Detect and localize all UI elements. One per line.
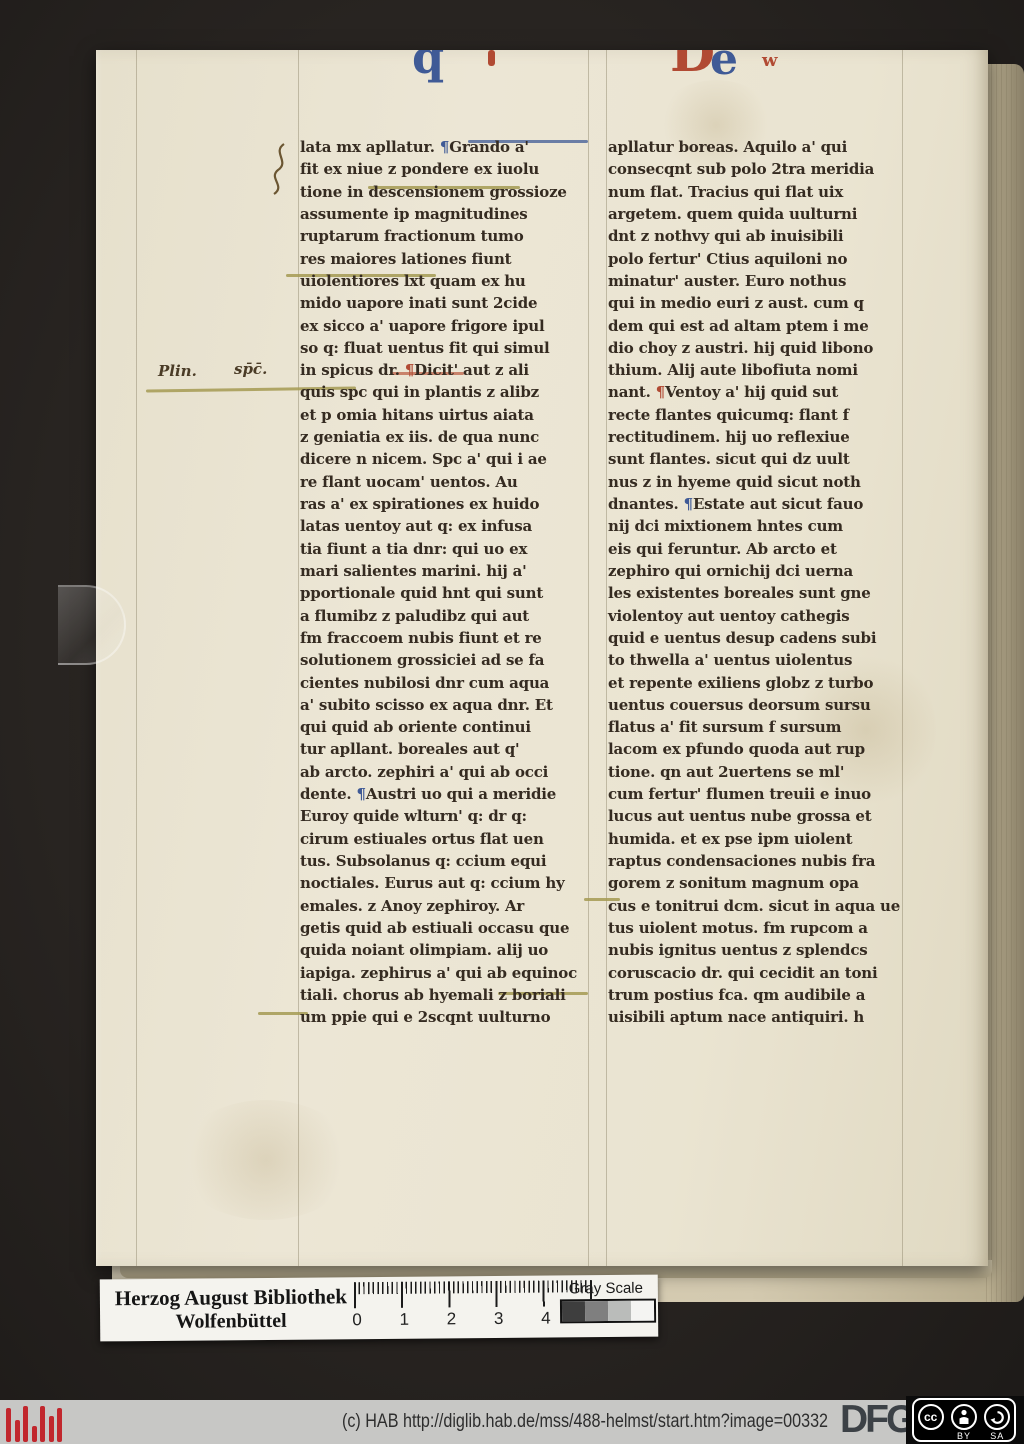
- text-segment: Euroy quide wlturn' q: dr q:: [300, 807, 527, 825]
- manuscript-text-line: violentoy aut uentoy cathegis: [608, 607, 908, 629]
- manuscript-text-line: mido uapore inati sunt 2cide: [300, 294, 600, 316]
- manuscript-text-line: qui quid ab oriente continui: [300, 718, 600, 740]
- text-segment: iapiga. zephirus a' qui ab equinoc: [300, 964, 577, 982]
- manuscript-text-line: lata mx apllatur. ¶Grando a': [300, 138, 600, 160]
- manuscript-text-line: tia fiunt a tia dnr: qui uo ex: [300, 540, 600, 562]
- text-segment: mido uapore inati sunt 2cide: [300, 294, 537, 312]
- text-segment: les existentes boreales sunt gne: [608, 584, 871, 602]
- manuscript-text-line: so q: fluat uentus fit qui simul: [300, 339, 600, 361]
- text-segment: trum postius fca. qm audibile a: [608, 986, 865, 1004]
- text-segment: coruscacio dr. qui cecidit an toni: [608, 964, 878, 982]
- text-segment: zephiro qui ornichij dci uerna: [608, 562, 853, 580]
- text-segment: nant.: [608, 383, 656, 401]
- text-segment: Dicit' aut z ali: [414, 361, 529, 379]
- text-segment: raptus condensaciones nubis fra: [608, 852, 875, 870]
- manuscript-text-line: res maiores lationes fiunt: [300, 250, 600, 272]
- share-alike-arrow-icon: [984, 1404, 1010, 1430]
- manuscript-text-line: getis quid ab estiuali occasu que: [300, 919, 600, 941]
- copyright-url-text: (c) HAB http://diglib.hab.de/mss/488-hel…: [342, 1411, 828, 1433]
- text-segment: a flumibz z paludibz qui aut: [300, 607, 529, 625]
- text-segment: Austri uo qui a meridie: [366, 785, 556, 803]
- running-title-fragment: [488, 50, 495, 66]
- manuscript-text-line: thium. Alij aute libofiuta nomi: [608, 361, 908, 383]
- red-paraph-mark: ¶: [405, 361, 414, 379]
- text-segment: tione in descensionem grossioze: [300, 183, 567, 201]
- text-segment: lucus aut uentus nube grossa et: [608, 807, 872, 825]
- manuscript-text-line: pportionale quid hnt qui sunt: [300, 584, 600, 606]
- text-segment: assumente ip magnitudines: [300, 205, 528, 223]
- manuscript-text-line: coruscacio dr. qui cecidit an toni: [608, 964, 908, 986]
- person-icon: [951, 1404, 977, 1430]
- cc-license-badge: cc BY SA: [912, 1398, 1016, 1442]
- text-segment: recte flantes quicumq: flant f: [608, 406, 849, 424]
- text-segment: minatur' auster. Euro nothus: [608, 272, 846, 290]
- manuscript-text-line: cirum estiuales ortus flat uen: [300, 830, 600, 852]
- manuscript-text-line: consecqnt sub polo 2tra meridia: [608, 160, 908, 182]
- text-segment: cus e tonitrui dcm. sicut in aqua ue: [608, 897, 900, 915]
- sa-label: SA: [990, 1431, 1004, 1441]
- text-segment: ab arcto. zephiri a' qui ab occi: [300, 763, 548, 781]
- text-segment: thium. Alij aute libofiuta nomi: [608, 361, 858, 379]
- manuscript-text-line: recte flantes quicumq: flant f: [608, 406, 908, 428]
- manuscript-text-line: raptus condensaciones nubis fra: [608, 852, 908, 874]
- text-segment: um ppie qui e 2scqnt uulturno: [300, 1008, 550, 1026]
- text-segment: gorem z sonitum magnum opa: [608, 874, 859, 892]
- text-segment: humida. et ex pse ipm uiolent: [608, 830, 852, 848]
- manuscript-text-line: to thwella a' uentus uiolentus: [608, 651, 908, 673]
- margin-note-spc: sp̄c̄.: [234, 360, 267, 378]
- text-segment: apllatur boreas. Aquilo a' qui: [608, 138, 847, 156]
- text-segment: tia fiunt a tia dnr: qui uo ex: [300, 540, 527, 558]
- manuscript-text-line: tus uiolent motus. fm rupcom a: [608, 919, 908, 941]
- manuscript-text-line: cientes nubilosi dnr cum aqua: [300, 674, 600, 696]
- calibration-red-bar: [23, 1406, 28, 1442]
- text-segment: fm fraccoem nubis fiunt et re: [300, 629, 542, 647]
- manuscript-text-line: tiali. chorus ab hyemali z boriali: [300, 986, 600, 1008]
- manuscript-text-line: a' subito scisso ex aqua dnr. Et: [300, 696, 600, 718]
- ruler-number: 2: [440, 1309, 462, 1329]
- color-calibration-marks: [6, 1404, 76, 1444]
- calibration-red-bar: [40, 1406, 45, 1442]
- text-column-right: apllatur boreas. Aquilo a' quiconsecqnt …: [608, 138, 908, 1031]
- manuscript-text-line: minatur' auster. Euro nothus: [608, 272, 908, 294]
- manuscript-text-line: sunt flantes. sicut qui dz uult: [608, 450, 908, 472]
- text-segment: quid e uentus desup cadens subi: [608, 629, 876, 647]
- text-segment: cientes nubilosi dnr cum aqua: [300, 674, 549, 692]
- running-title-fragment: D: [670, 50, 715, 80]
- text-segment: tus. Subsolanus q: ccium equi: [300, 852, 546, 870]
- manuscript-text-line: uisibili aptum nace antiquiri. h: [608, 1008, 908, 1030]
- manuscript-text-line: quida noiant olimpiam. alij uo: [300, 941, 600, 963]
- manuscript-text-line: humida. et ex pse ipm uiolent: [608, 830, 908, 852]
- text-segment: quida noiant olimpiam. alij uo: [300, 941, 548, 959]
- manuscript-text-line: tus. Subsolanus q: ccium equi: [300, 852, 600, 874]
- text-segment: res maiores lationes fiunt: [300, 250, 511, 268]
- blue-paraph-mark: ¶: [684, 495, 693, 513]
- text-segment: uisibili aptum nace antiquiri. h: [608, 1008, 864, 1026]
- running-title-fragment: e: [710, 50, 738, 82]
- text-segment: getis quid ab estiuali occasu que: [300, 919, 569, 937]
- text-segment: to thwella a' uentus uiolentus: [608, 651, 852, 669]
- text-segment: pportionale quid hnt qui sunt: [300, 584, 543, 602]
- calibration-red-bar: [32, 1426, 37, 1442]
- red-paraph-mark: ¶: [656, 383, 665, 401]
- text-segment: dicere n nicem. Spc a' qui i ae: [300, 450, 547, 468]
- text-segment: uiolentiores lxt quam ex hu: [300, 272, 526, 290]
- institution-name: Herzog August Bibliothek: [108, 1284, 354, 1311]
- institution-label: Herzog August Bibliothek Wolfenbüttel: [108, 1284, 354, 1334]
- text-column-left: lata mx apllatur. ¶Grando a'fit ex niue …: [300, 138, 600, 1031]
- manuscript-text-line: cum fertur' flumen treuii e inuo: [608, 785, 908, 807]
- manuscript-text-line: qui in medio euri z aust. cum q: [608, 294, 908, 316]
- manuscript-text-line: iapiga. zephirus a' qui ab equinoc: [300, 964, 600, 986]
- manuscript-page: q D e w Plin. sp̄c̄. lata mx apllatur. ¶…: [96, 50, 988, 1266]
- calibration-red-bar: [49, 1416, 54, 1442]
- manuscript-text-line: ras a' ex spirationes ex huido: [300, 495, 600, 517]
- margin-note-plin: Plin.: [158, 362, 197, 380]
- text-segment: argetem. quem quida uulturni: [608, 205, 857, 223]
- manuscript-text-line: zephiro qui ornichij dci uerna: [608, 562, 908, 584]
- manuscript-text-line: les existentes boreales sunt gne: [608, 584, 908, 606]
- manuscript-text-line: et p omia hitans uirtus aiata: [300, 406, 600, 428]
- gray-scale-patch: [585, 1301, 608, 1321]
- calibration-red-bar: [57, 1408, 62, 1442]
- manuscript-text-line: lacom ex pfundo quoda aut rup: [608, 740, 908, 762]
- text-segment: nus z in hyeme quid sicut noth: [608, 473, 861, 491]
- manuscript-text-line: gorem z sonitum magnum opa: [608, 874, 908, 896]
- manuscript-text-line: dicere n nicem. Spc a' qui i ae: [300, 450, 600, 472]
- text-segment: uentus couersus deorsum sursu: [608, 696, 871, 714]
- manuscript-text-line: et repente exiliens globz z turbo: [608, 674, 908, 696]
- photo-backdrop: q D e w Plin. sp̄c̄. lata mx apllatur. ¶…: [0, 0, 1024, 1444]
- parchment-stain: [176, 1100, 356, 1220]
- manuscript-text-line: quid e uentus desup cadens subi: [608, 629, 908, 651]
- manuscript-text-line: re flant uocam' uentos. Au: [300, 473, 600, 495]
- text-segment: quis spc qui in plantis z alibz: [300, 383, 539, 401]
- manuscript-text-line: a flumibz z paludibz qui aut: [300, 607, 600, 629]
- manuscript-text-line: trum postius fca. qm audibile a: [608, 986, 908, 1008]
- text-segment: consecqnt sub polo 2tra meridia: [608, 160, 874, 178]
- gray-scale-patch: [562, 1301, 585, 1321]
- text-segment: Grando a': [449, 138, 529, 156]
- calibration-red-bar: [6, 1408, 11, 1442]
- manuscript-text-line: tione in descensionem grossioze: [300, 183, 600, 205]
- manuscript-text-line: Euroy quide wlturn' q: dr q:: [300, 807, 600, 829]
- text-segment: et repente exiliens globz z turbo: [608, 674, 873, 692]
- text-segment: polo fertur' Ctius aquiloni no: [608, 250, 847, 268]
- ruling-line: [136, 50, 137, 1266]
- manuscript-text-line: cus e tonitrui dcm. sicut in aqua ue: [608, 897, 908, 919]
- text-segment: nij dci mixtionem hntes cum: [608, 517, 843, 535]
- manuscript-text-line: polo fertur' Ctius aquiloni no: [608, 250, 908, 272]
- gray-scale-bar: [560, 1299, 656, 1324]
- ruling-line: [606, 50, 607, 1266]
- ruler-number: 3: [488, 1309, 510, 1329]
- manuscript-text-line: dnantes. ¶Estate aut sicut fauo: [608, 495, 908, 517]
- text-segment: rectitudinem. hij uo reflexiue: [608, 428, 850, 446]
- manuscript-text-line: nus z in hyeme quid sicut noth: [608, 473, 908, 495]
- manuscript-text-line: ruptarum fractionum tumo: [300, 227, 600, 249]
- manuscript-text-line: apllatur boreas. Aquilo a' qui: [608, 138, 908, 160]
- manuscript-text-line: latas uentoy aut q: ex infusa: [300, 517, 600, 539]
- text-segment: num flat. Tracius qui flat uix: [608, 183, 843, 201]
- text-segment: re flant uocam' uentos. Au: [300, 473, 518, 491]
- cc-by-icon: BY: [951, 1404, 977, 1441]
- running-title-fragment: w: [762, 52, 778, 70]
- manuscript-text-line: assumente ip magnitudines: [300, 205, 600, 227]
- gray-scale-patch: [608, 1301, 631, 1321]
- text-segment: dnt z nothvy qui ab inuisibili: [608, 227, 843, 245]
- text-segment: violentoy aut uentoy cathegis: [608, 607, 850, 625]
- text-segment: a' subito scisso ex aqua dnr. Et: [300, 696, 553, 714]
- text-segment: Estate aut sicut fauo: [693, 495, 863, 513]
- text-segment: cum fertur' flumen treuii e inuo: [608, 785, 871, 803]
- manuscript-text-line: flatus a' fit sursum f sursum: [608, 718, 908, 740]
- text-segment: tur apllant. boreales aut q': [300, 740, 519, 758]
- manuscript-text-line: lucus aut uentus nube grossa et: [608, 807, 908, 829]
- manuscript-text-line: quis spc qui in plantis z alibz: [300, 383, 600, 405]
- gray-scale-label: Gray Scale: [558, 1280, 654, 1298]
- text-segment: cirum estiuales ortus flat uen: [300, 830, 544, 848]
- manuscript-text-line: nij dci mixtionem hntes cum: [608, 517, 908, 539]
- manuscript-text-line: z geniatia ex iis. de qua nunc: [300, 428, 600, 450]
- manuscript-text-line: num flat. Tracius qui flat uix: [608, 183, 908, 205]
- manuscript-text-line: dem qui est ad altam ptem i me: [608, 317, 908, 339]
- manuscript-text-line: nubis ignitus uentus z splendcs: [608, 941, 908, 963]
- text-segment: dente.: [300, 785, 356, 803]
- manuscript-text-line: ab arcto. zephiri a' qui ab occi: [300, 763, 600, 785]
- text-segment: tus uiolent motus. fm rupcom a: [608, 919, 868, 937]
- text-segment: z geniatia ex iis. de qua nunc: [300, 428, 539, 446]
- ruler-number: 4: [535, 1308, 557, 1328]
- manuscript-text-line: noctiales. Eurus aut q: ccium hy: [300, 874, 600, 896]
- text-segment: lata mx apllatur.: [300, 138, 440, 156]
- manuscript-text-line: emales. z Anoy zephiroy. Ar: [300, 897, 600, 919]
- manuscript-text-line: in spicus dr. ¶Dicit' aut z ali: [300, 361, 600, 383]
- manuscript-text-line: tur apllant. boreales aut q': [300, 740, 600, 762]
- ruler-number: 1: [393, 1310, 415, 1330]
- cc-circle-icon: cc: [918, 1404, 944, 1430]
- manuscript-text-line: uentus couersus deorsum sursu: [608, 696, 908, 718]
- gray-scale-patch: [631, 1301, 654, 1321]
- text-segment: solutionem grossiciei ad se fa: [300, 651, 544, 669]
- ruler-label-strip: Herzog August Bibliothek Wolfenbüttel 01…: [100, 1275, 659, 1342]
- manuscript-text-line: fit ex niue z pondere ex iuolu: [300, 160, 600, 182]
- text-segment: noctiales. Eurus aut q: ccium hy: [300, 874, 565, 892]
- calibration-red-bar: [15, 1420, 20, 1442]
- blue-paraph-mark: ¶: [440, 138, 449, 156]
- text-segment: qui in medio euri z aust. cum q: [608, 294, 864, 312]
- manuscript-text-line: nant. ¶Ventoy a' hij quid sut: [608, 383, 908, 405]
- text-segment: in spicus dr.: [300, 361, 405, 379]
- running-title-fragment: q: [412, 50, 444, 80]
- text-segment: ex sicco a' uapore frigore ipul: [300, 317, 544, 335]
- text-segment: dio choy z austri. hij quid libono: [608, 339, 873, 357]
- manuscript-text-line: fm fraccoem nubis fiunt et re: [300, 629, 600, 651]
- institution-city: Wolfenbüttel: [108, 1309, 354, 1334]
- manuscript-text-line: dio choy z austri. hij quid libono: [608, 339, 908, 361]
- text-segment: ras a' ex spirationes ex huido: [300, 495, 539, 513]
- manuscript-text-line: ex sicco a' uapore frigore ipul: [300, 317, 600, 339]
- text-segment: tione. qn aut 2uertens se ml': [608, 763, 844, 781]
- manuscript-text-line: uiolentiores lxt quam ex hu: [300, 272, 600, 294]
- dfg-logo: DFG: [840, 1398, 913, 1442]
- text-segment: eis qui feruntur. Ab arcto et: [608, 540, 837, 558]
- page-stack-streaks: [986, 64, 1020, 1302]
- manuscript-text-line: dente. ¶Austri uo qui a meridie: [300, 785, 600, 807]
- manuscript-text-line: rectitudinem. hij uo reflexiue: [608, 428, 908, 450]
- text-segment: emales. z Anoy zephiroy. Ar: [300, 897, 524, 915]
- cc-icon: cc: [918, 1404, 944, 1430]
- text-segment: dem qui est ad altam ptem i me: [608, 317, 869, 335]
- margin-ink-squiggle: [264, 140, 294, 198]
- text-segment: Ventoy a' hij quid sut: [665, 383, 838, 401]
- text-segment: mari salientes marini. hij a': [300, 562, 527, 580]
- ruler-number: 0: [346, 1310, 368, 1330]
- text-segment: ruptarum fractionum tumo: [300, 227, 524, 245]
- text-segment: dnantes.: [608, 495, 684, 513]
- manuscript-text-line: um ppie qui e 2scqnt uulturno: [300, 1008, 600, 1030]
- text-segment: lacom ex pfundo quoda aut rup: [608, 740, 865, 758]
- text-segment: so q: fluat uentus fit qui simul: [300, 339, 550, 357]
- text-segment: latas uentoy aut q: ex infusa: [300, 517, 532, 535]
- manuscript-text-line: dnt z nothvy qui ab inuisibili: [608, 227, 908, 249]
- ruling-line: [298, 50, 299, 1266]
- manuscript-text-line: mari salientes marini. hij a': [300, 562, 600, 584]
- cc-sa-icon: SA: [984, 1404, 1010, 1441]
- text-segment: nubis ignitus uentus z splendcs: [608, 941, 868, 959]
- text-segment: sunt flantes. sicut qui dz uult: [608, 450, 850, 468]
- blue-paraph-mark: ¶: [356, 785, 365, 803]
- text-segment: et p omia hitans uirtus aiata: [300, 406, 534, 424]
- text-segment: fit ex niue z pondere ex iuolu: [300, 160, 539, 178]
- manuscript-text-line: solutionem grossiciei ad se fa: [300, 651, 600, 673]
- by-label: BY: [957, 1431, 971, 1441]
- text-segment: qui quid ab oriente continui: [300, 718, 531, 736]
- text-segment: flatus a' fit sursum f sursum: [608, 718, 841, 736]
- manuscript-text-line: eis qui feruntur. Ab arcto et: [608, 540, 908, 562]
- manuscript-text-line: tione. qn aut 2uertens se ml': [608, 763, 908, 785]
- text-segment: tiali. chorus ab hyemali z boriali: [300, 986, 566, 1004]
- manuscript-text-line: argetem. quem quida uulturni: [608, 205, 908, 227]
